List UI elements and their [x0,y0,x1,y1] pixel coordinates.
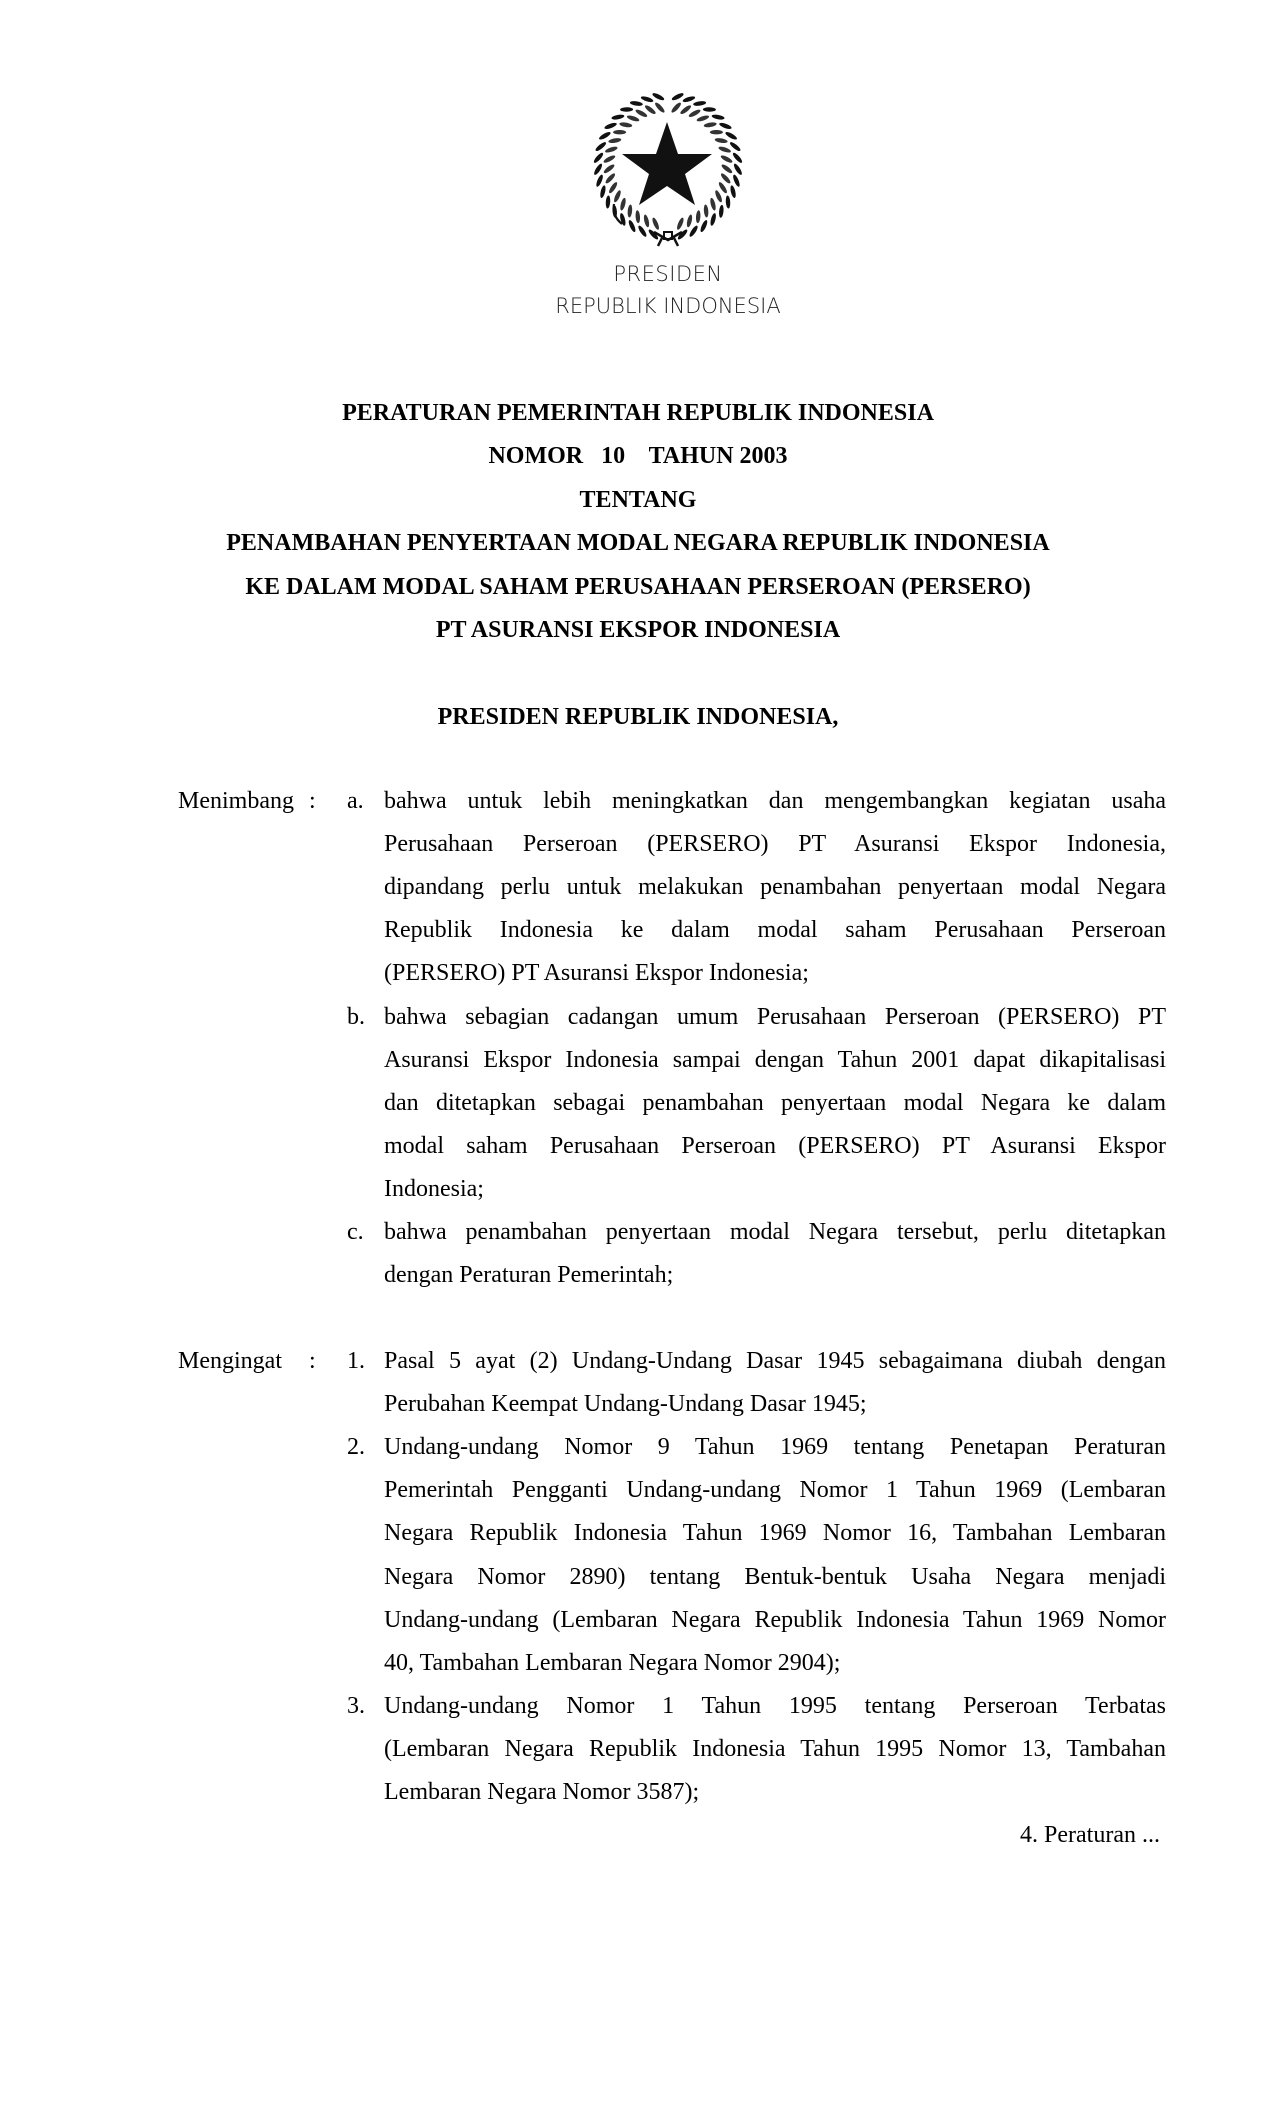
paragraph-line: Negara Nomor 2890) tentang Bentuk-bentuk… [384,1563,1166,1591]
list-marker: 3. [347,1692,365,1720]
paragraph-line: Perusahaan Perseroan (PERSERO) PT Asuran… [384,830,1166,858]
paragraph-line: Republik Indonesia ke dalam modal saham … [384,916,1166,944]
regulation-number: NOMOR 10 TAHUN 2003 [0,442,1276,470]
page-continuation-catchword: 4. Peraturan ... [1020,1821,1160,1849]
paragraph-line: bahwa penambahan penyertaan modal Negara… [384,1218,1166,1246]
menimbang-colon: : [309,787,316,815]
paragraph-line: Pasal 5 ayat (2) Undang-Undang Dasar 194… [384,1347,1166,1375]
mengingat-label: Mengingat [178,1347,282,1375]
issuer-heading: PRESIDEN REPUBLIK INDONESIA, [0,703,1276,731]
letterhead-line-2: REPUBLIK INDONESIA [500,294,836,318]
paragraph-line: Undang-undang Nomor 1 Tahun 1995 tentang… [384,1692,1166,1720]
paragraph-line: bahwa sebagian cadangan umum Perusahaan … [384,1003,1166,1031]
regulation-subject-line-1: PENAMBAHAN PENYERTAAN MODAL NEGARA REPUB… [0,529,1276,557]
list-marker: a. [347,787,364,815]
list-marker: 1. [347,1347,365,1375]
list-marker: c. [347,1218,364,1246]
list-marker: 2. [347,1433,365,1461]
mengingat-colon: : [309,1347,316,1375]
paragraph-line: Perubahan Keempat Undang-Undang Dasar 19… [384,1390,1166,1418]
paragraph-line: (Lembaran Negara Republik Indonesia Tahu… [384,1735,1166,1763]
paragraph-line: Pemerintah Pengganti Undang-undang Nomor… [384,1476,1166,1504]
paragraph-line: (PERSERO) PT Asuransi Ekspor Indonesia; [384,959,1166,987]
paragraph-line: dipandang perlu untuk melakukan penambah… [384,873,1166,901]
presidential-emblem-icon [582,84,754,248]
regulation-subject-line-2: KE DALAM MODAL SAHAM PERUSAHAAN PERSEROA… [0,573,1276,601]
paragraph-line: Undang-undang Nomor 9 Tahun 1969 tentang… [384,1433,1166,1461]
paragraph-line: bahwa untuk lebih meningkatkan dan menge… [384,787,1166,815]
paragraph-line: Lembaran Negara Nomor 3587); [384,1778,1166,1806]
paragraph-line: Undang-undang (Lembaran Negara Republik … [384,1606,1166,1634]
paragraph-line: Negara Republik Indonesia Tahun 1969 Nom… [384,1519,1166,1547]
regulation-title: PERATURAN PEMERINTAH REPUBLIK INDONESIA [0,399,1276,427]
paragraph-line: Indonesia; [384,1175,1166,1203]
paragraph-line: dengan Peraturan Pemerintah; [384,1261,1166,1289]
paragraph-line: modal saham Perusahaan Perseroan (PERSER… [384,1132,1166,1160]
list-marker: b. [347,1003,365,1031]
letterhead-line-1: PRESIDEN [500,262,836,286]
regulation-subject-line-3: PT ASURANSI EKSPOR INDONESIA [0,616,1276,644]
paragraph-line: 40, Tambahan Lembaran Negara Nomor 2904)… [384,1649,1166,1677]
menimbang-label: Menimbang [178,787,294,815]
title-tentang: TENTANG [0,486,1276,514]
paragraph-line: Asuransi Ekspor Indonesia sampai dengan … [384,1046,1166,1074]
paragraph-line: dan ditetapkan sebagai penambahan penyer… [384,1089,1166,1117]
